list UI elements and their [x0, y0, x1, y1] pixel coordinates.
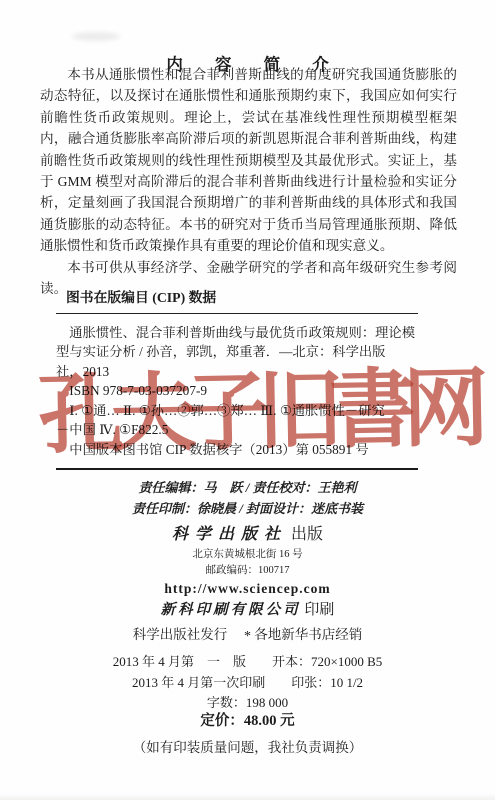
cip-block: 图书在版编目 (CIP) 数据 通胀惯性、混合菲利普斯曲线与最优货币政策规则：理… [56, 288, 418, 470]
publisher-name-suffix: 出版 [291, 526, 323, 543]
printer-suffix: 印刷 [304, 602, 334, 618]
cip-heading: 图书在版编目 (CIP) 数据 [56, 288, 418, 308]
cip-bottom-rule [56, 468, 418, 470]
intro-section: 本书从通胀惯性和混合菲利普斯曲线的角度研究我国通货膨胀的动态特征，以及探讨在通胀… [40, 64, 457, 299]
quality-note: （如有印装质量问题，我社负责调换） [0, 738, 495, 758]
intro-paragraph-1: 本书从通胀惯性和混合菲利普斯曲线的角度研究我国通货膨胀的动态特征，以及探讨在通胀… [40, 64, 457, 257]
publisher-name: 科学出版社 出版 [0, 524, 495, 546]
word-count-line: 字数：198 000 [0, 693, 495, 713]
cip-isbn-line: ISBN 978-7-03-037207-9 [56, 381, 418, 401]
separator-asterisk: * [0, 630, 495, 644]
cip-line: 型与实证分析 / 孙音，郭凯，郑重著．—北京：科学出版 [56, 342, 418, 362]
cip-line: 通胀惯性、混合菲利普斯曲线与最优货币政策规则：理论模 [56, 323, 418, 343]
publisher-block: 科学出版社 出版 北京东黄城根北街 16 号 邮政编码：100717 http:… [0, 524, 495, 644]
cip-classification-line: Ⅰ. ①通… Ⅱ. ①孙…②郭…③郑… Ⅲ. ①通胀惯性－研究 [56, 401, 418, 421]
printing-line: 2013 年 4 月第一次印刷 印张：10 1/2 [0, 673, 495, 693]
colophon-block: * 2013 年 4 月第 一 版 开本：720×1000 B5 2013 年 … [0, 630, 495, 758]
publisher-name-script: 科学出版社 [172, 526, 287, 543]
staff-credits: 责任编辑：马 跃 / 责任校对：王艳利 责任印制：徐晓晨 / 封面设计：迷底书装 [0, 478, 495, 519]
credits-line-editor: 责任编辑：马 跃 / 责任校对：王艳利 [0, 478, 495, 499]
publisher-website: http://www.sciencep.com [0, 580, 495, 597]
cip-line: 社，2013 [56, 362, 418, 382]
scan-smudge [72, 32, 120, 41]
scan-edge-shadow [0, 793, 495, 800]
credits-line-printer: 责任印制：徐晓晨 / 封面设计：迷底书装 [0, 499, 495, 520]
printer-line: 新科印刷有限公司 印刷 [0, 600, 495, 621]
publisher-address: 北京东黄城根北街 16 号 [0, 548, 495, 562]
printer-name-script: 新科印刷有限公司 [161, 602, 301, 618]
cip-lines: 通胀惯性、混合菲利普斯曲线与最优货币政策规则：理论模 型与实证分析 / 孙音，郭… [56, 323, 418, 460]
book-copyright-page: 内 容 简 介 本书从通胀惯性和混合菲利普斯曲线的角度研究我国通货膨胀的动态特征… [0, 0, 495, 800]
cip-registration-line: 中国版本图书馆 CIP 数据核字（2013）第 055891 号 [56, 440, 418, 460]
cip-classification-line: －中国 Ⅳ. ①F822.5 [56, 420, 418, 440]
publisher-postcode: 邮政编码：100717 [0, 564, 495, 578]
price-line: 定价：48.00 元 [0, 711, 495, 731]
cip-heading-rule [56, 313, 418, 314]
edition-line: 2013 年 4 月第 一 版 开本：720×1000 B5 [0, 652, 495, 672]
